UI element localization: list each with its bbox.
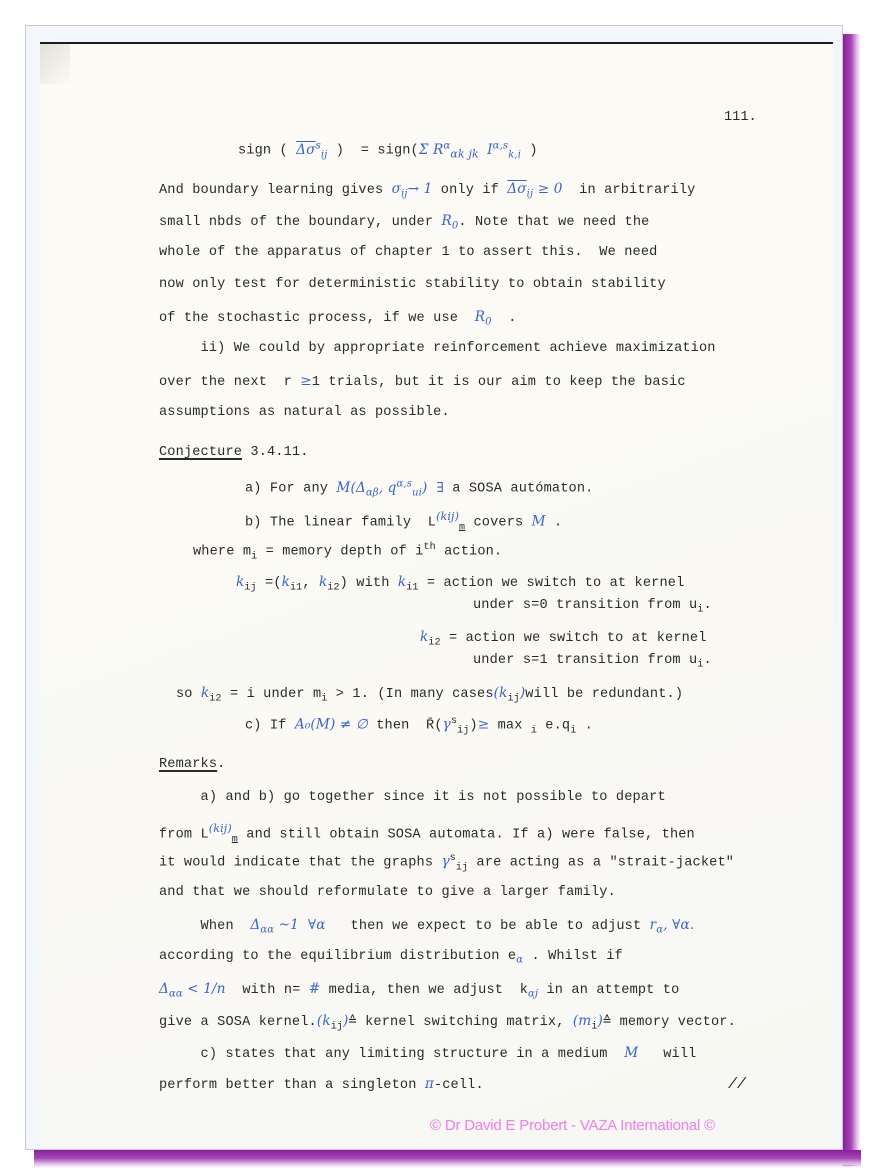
text-line: small nbds of the boundary, under R0. No…	[159, 213, 649, 232]
end-of-proof-mark: //	[728, 1076, 746, 1093]
handwritten-r0: R0	[441, 213, 458, 229]
handwritten-delta-sigma: Δσsij	[296, 142, 327, 158]
handwritten-sum-r: Σ Rααk jk	[419, 142, 479, 158]
where-line: where mi = memory depth of ith action.	[193, 542, 502, 562]
conjecture-heading: Conjecture 3.4.11.	[159, 445, 309, 460]
so-line: so ki2 = i under mi > 1. (In many cases(…	[176, 685, 683, 705]
handwritten-delta-sigma-inequality: Δσij ≥ 0	[507, 181, 562, 197]
copyright-watermark: © Dr David E Probert - VAZA Internationa…	[430, 1117, 715, 1134]
text-line: c) states that any limiting structure in…	[159, 1045, 696, 1062]
text-line: of the stochastic process, if we use R0 …	[159, 309, 517, 328]
text-line: Δαα < 1/n with n= # media, then we adjus…	[159, 981, 679, 1000]
handwritten-i-term: Iα,sk,i	[487, 142, 521, 158]
conjecture-item-c: c) If A₀(M) ≠ ∅ then R̄(γsij)≥ max i e.q…	[245, 716, 593, 736]
handwritten-delta-alpha: Δαα ~1 ∀α	[250, 917, 325, 933]
text-line: it would indicate that the graphs γsij a…	[159, 853, 734, 873]
text-line: over the next r ≥1 trials, but it is our…	[159, 373, 686, 390]
handwritten-m: M	[532, 514, 546, 530]
frame-shadow-bottom	[34, 1150, 861, 1168]
text-line: and that we should reformulate to give a…	[159, 885, 616, 900]
kernel-definition-cont: under s=0 transition from ui.	[473, 598, 712, 616]
handwritten-r0: R0	[475, 309, 492, 325]
handwritten-geq: ≥	[300, 373, 312, 389]
text-line: a) and b) go together since it is not po…	[159, 790, 666, 805]
frame-shadow-right	[843, 34, 861, 1166]
handwritten-medium-m: M(Δαβ, qα,sui) ∃	[336, 480, 444, 496]
text-line: perform better than a singleton π-cell.	[159, 1076, 484, 1093]
text-line: whole of the apparatus of chapter 1 to a…	[159, 245, 657, 260]
text-line: And boundary learning gives σij→ 1 only …	[159, 181, 695, 200]
remarks-heading: Remarks.	[159, 757, 225, 772]
kernel-definition-2-cont: under s=1 transition from ui.	[473, 653, 712, 671]
kernel-definition: kij =(ki1, ki2) with ki1 = action we swi…	[236, 574, 684, 594]
conjecture-item-b: b) The linear family L(kij)m covers M .	[245, 510, 562, 533]
page-number: 111.	[724, 110, 757, 125]
sign-equation: sign ( Δσsij ) = sign(Σ Rααk jk Iα,sk,i …	[238, 140, 538, 160]
conjecture-item-a: a) For any M(Δαβ, qα,sui) ∃ a SOSA autóm…	[245, 478, 593, 498]
text-line: according to the equilibrium distributio…	[159, 949, 623, 966]
text-line: now only test for deterministic stabilit…	[159, 277, 666, 292]
handwritten-r-alpha: rα, ∀α.	[650, 917, 695, 933]
handwritten-sigma: σij→ 1	[392, 181, 433, 197]
text-line: When Δαα ~1 ∀α then we expect to be able…	[159, 917, 694, 936]
kernel-definition-2: ki2 = action we switch to at kernel	[420, 629, 707, 649]
handwritten-delta-alpha-ineq: Δαα < 1/n	[159, 981, 226, 997]
text-line: assumptions as natural as possible.	[159, 405, 450, 420]
text-line: give a SOSA kernel.(kij)≙ kernel switchi…	[159, 1013, 736, 1033]
handwritten-a0-condition: A₀(M) ≠ ∅	[295, 717, 368, 733]
text-line: from L(kij)m and still obtain SOSA autom…	[159, 822, 695, 845]
text-line: ii) We could by appropriate reinforcemen…	[159, 341, 716, 356]
